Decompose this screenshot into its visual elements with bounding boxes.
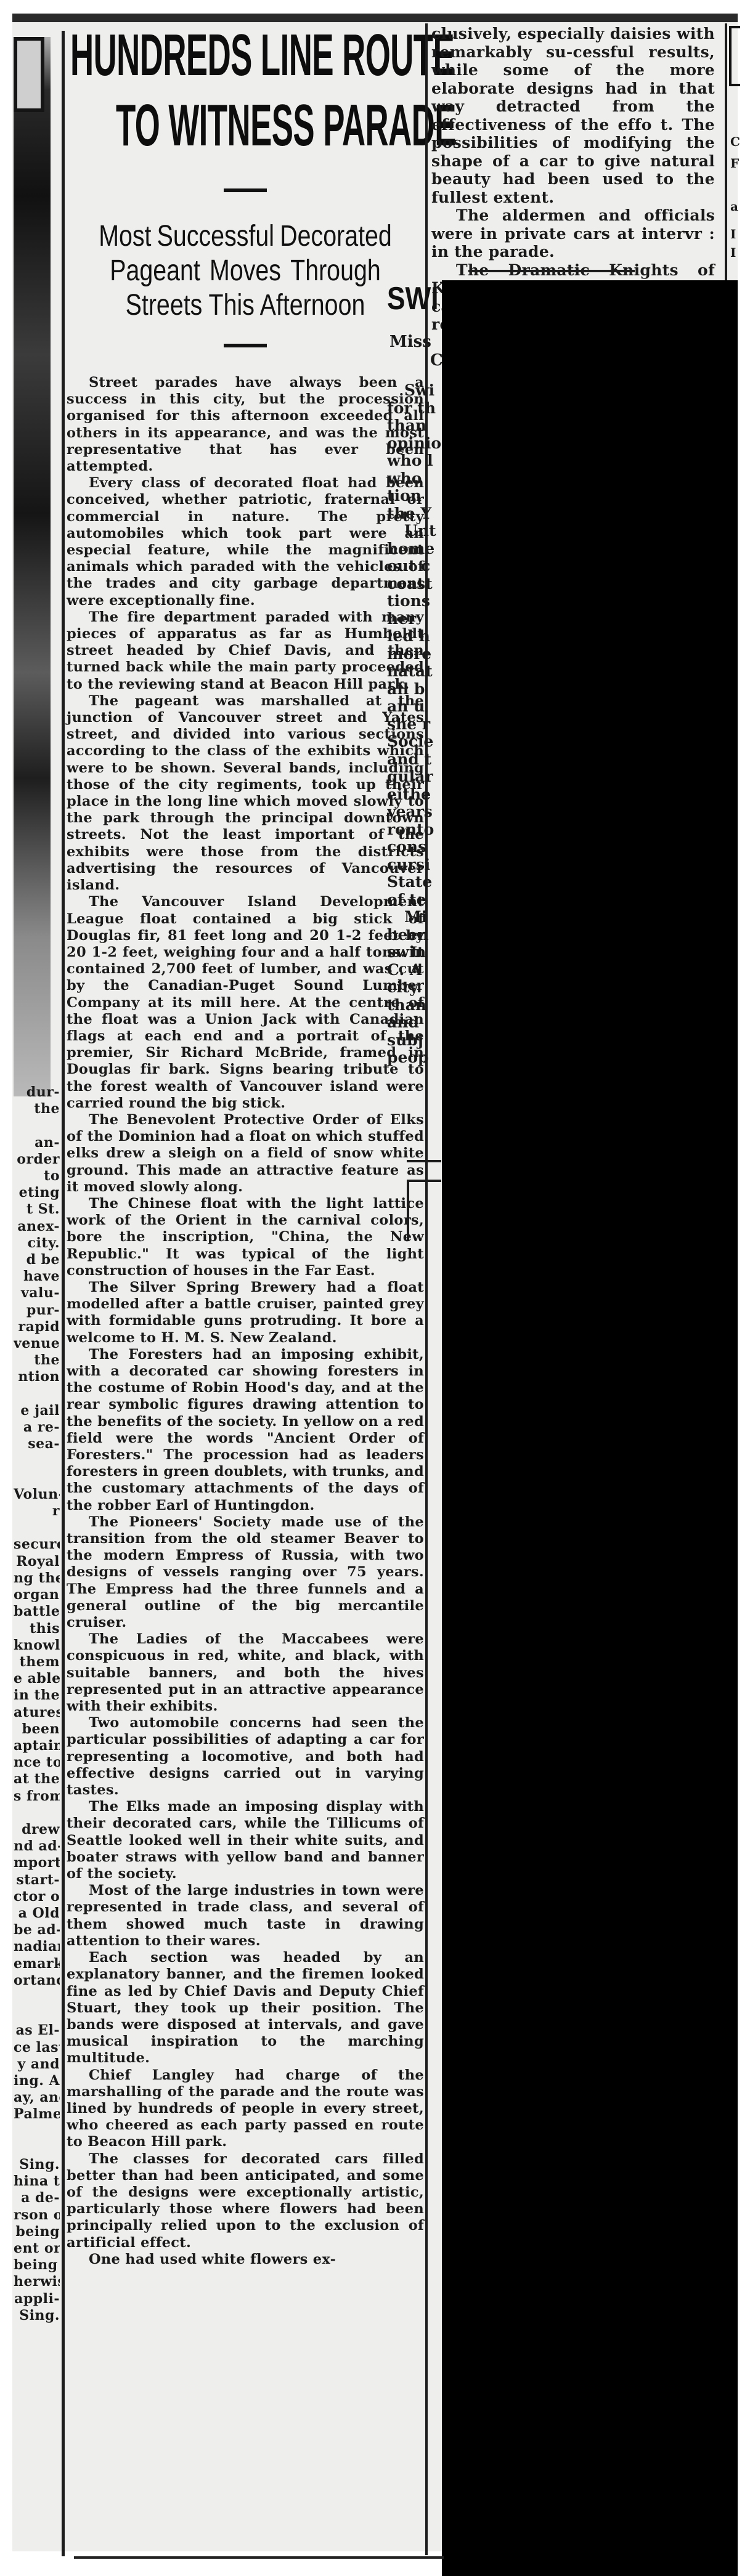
fragment-line: out c	[387, 557, 441, 575]
deck-divider	[224, 344, 267, 347]
fragment-line: nadian	[14, 1938, 60, 1955]
fragment-line: C. A	[387, 962, 441, 979]
fragment-line	[14, 2123, 60, 2140]
fragment-line: be ad-	[14, 1922, 60, 1938]
fragment-line: opinio	[387, 435, 441, 453]
fragment-line	[14, 1386, 60, 1403]
fragment-line: d be	[14, 1252, 60, 1268]
fragment-line	[14, 2140, 60, 2157]
fragment-line: nce to	[14, 1754, 60, 1771]
fragment-line: been	[387, 926, 441, 944]
deck-word: Through	[290, 254, 381, 288]
fragment-line: anex-	[14, 1218, 60, 1235]
fragment-line: ing. A	[14, 2073, 60, 2089]
fragment-line: appli-	[14, 2291, 60, 2307]
deck: Most Successful Decorated Pageant Moves …	[99, 219, 392, 323]
deck-word: Streets This Afternoon	[126, 288, 365, 323]
fragment-letter: C	[730, 134, 740, 149]
right-edge-fragments: CFaII	[729, 23, 738, 276]
deck-row-1: Most Successful Decorated	[99, 219, 392, 254]
fragment-line: a de-	[14, 2190, 60, 2206]
fragment-line: a re-	[14, 1419, 60, 1436]
fragment-letter: I	[730, 227, 736, 241]
subhead-fragment: Miss	[389, 333, 431, 351]
fragment-line: eting	[14, 1185, 60, 1201]
headline-divider	[224, 188, 267, 192]
fragment-line: atures	[14, 1704, 60, 1721]
photo-frame-top	[14, 37, 44, 112]
box-left-rule	[407, 1180, 409, 1241]
fragment-line: dur-	[14, 1084, 60, 1101]
fragment-line	[14, 1805, 60, 1821]
fragment-line: start-	[14, 1872, 60, 1889]
fragment-line: tions	[387, 593, 441, 610]
adjacent-body-fragments: Swifor ththanopiniowho lwhotionthe YUnth…	[387, 382, 441, 1067]
fragment-line: who l	[387, 452, 441, 470]
fragment-line: ortance	[14, 1972, 60, 1989]
fragment-line: natat	[387, 663, 441, 681]
paragraph: The Elks made an imposing display with t…	[67, 1799, 424, 1882]
adjacent-end-rule	[407, 1160, 441, 1162]
adjacent-headline: SWI	[387, 280, 438, 317]
paragraph: The Vancouver Island Development League …	[67, 894, 424, 1112]
headline-line-2: TO WITNESS PARADE	[116, 95, 285, 156]
fragment-line: swin	[387, 944, 441, 962]
paragraph: The Pioneers' Society made use of the tr…	[67, 1514, 424, 1631]
fragment-line: who	[387, 470, 441, 488]
fragment-line: in the	[14, 1687, 60, 1704]
fragment-line: Sing.	[14, 2307, 60, 2324]
fragment-line: being a	[14, 2257, 60, 2274]
deck-row-3: Streets This Afternoon	[99, 288, 392, 323]
fragment-line: s from	[14, 1788, 60, 1805]
fragment-line: e jail	[14, 1403, 60, 1419]
fragment-letter: a	[730, 199, 738, 214]
fragment-line	[14, 1989, 60, 2006]
fragment-line: Volun-	[14, 1486, 60, 1503]
fragment-line: ce last	[14, 2039, 60, 2056]
fragment-line: than	[387, 417, 441, 435]
paragraph: Street parades have always been a succes…	[67, 375, 424, 475]
fragment-line	[14, 2006, 60, 2022]
fragment-line: Mi	[387, 909, 441, 926]
fragment-line: mport-	[14, 1855, 60, 1871]
fragment-line: ctor of	[14, 1889, 60, 1905]
fragment-line: sea-	[14, 1436, 60, 1452]
fragment-line: ronto	[387, 821, 441, 839]
fragment-line: subj	[387, 1032, 441, 1050]
fragment-line: peop	[387, 1049, 441, 1067]
paragraph: The Chinese float with the light lattice…	[67, 1196, 424, 1279]
fragment-line: order	[14, 1151, 60, 1168]
fragment-line: a Old	[14, 1905, 60, 1922]
paragraph: clusively, especially daisies with remar…	[431, 25, 715, 206]
fragment-line: city.	[14, 1235, 60, 1252]
fragment-line	[14, 1117, 60, 1134]
fragment-line: organ-	[14, 1587, 60, 1603]
paragraph: The Benevolent Protective Order of Elks …	[67, 1112, 424, 1196]
top-border-rule	[12, 14, 738, 22]
fragment-line: e able	[14, 1671, 60, 1687]
fragment-line: Royal	[14, 1553, 60, 1570]
fragment-line	[14, 1470, 60, 1486]
fragment-line: ng the	[14, 1570, 60, 1587]
fragment-line: battle-	[14, 1603, 60, 1620]
fragment-line: led h	[387, 628, 441, 646]
fragment-line: the	[14, 1352, 60, 1369]
fragment-line	[14, 1452, 60, 1469]
headline-line-1: HUNDREDS LINE ROUTE	[70, 25, 265, 86]
fragment-line: as El-	[14, 2022, 60, 2039]
fragment-line: the	[14, 1101, 60, 1117]
fragment-line: rson of	[14, 2207, 60, 2224]
right-edge-box	[729, 26, 740, 86]
subhead-fragment: C	[430, 351, 443, 370]
fragment-line: for th	[387, 400, 441, 418]
fragment-line: secure	[14, 1536, 60, 1553]
paragraph: The Foresters had an imposing exhibit, w…	[67, 1347, 424, 1514]
fragment-line: an u	[387, 698, 441, 716]
adjacent-subhead: Miss C	[389, 333, 443, 370]
paragraph: The Silver Spring Brewery had a float mo…	[67, 1279, 424, 1347]
column-rule-left	[62, 31, 65, 2556]
fragment-line: the Y	[387, 505, 441, 523]
deck-word: Successful	[157, 219, 274, 254]
fragment-line: rapid	[14, 1319, 60, 1335]
fragment-line: Swi	[387, 382, 441, 400]
fragment-line: emarks	[14, 1956, 60, 1972]
fragment-line: Palmer	[14, 2106, 60, 2123]
fragment-line: an-	[14, 1135, 60, 1151]
paragraph: Chief Langley had charge of the marshall…	[67, 2067, 424, 2151]
fragment-line: more	[387, 646, 441, 663]
fragment-line: y and	[14, 2056, 60, 2073]
bottom-border-rule	[74, 2556, 444, 2559]
fragment-line: them	[14, 1654, 60, 1671]
deck-word: Pageant	[110, 254, 200, 288]
fragment-line: all b	[387, 681, 441, 699]
paragraph: The classes for decorated cars filled be…	[67, 2151, 424, 2251]
column-rule-right	[725, 23, 727, 282]
fragment-line: knowl-	[14, 1637, 60, 1654]
fragment-line: aptain	[14, 1738, 60, 1754]
fragment-line: t St.	[14, 1201, 60, 1218]
fragment-line: Unt	[387, 522, 441, 540]
fragment-letter: I	[730, 245, 736, 260]
fragment-line: venue	[14, 1335, 60, 1352]
paragraph: The pageant was marshalled at the juncti…	[67, 693, 424, 894]
paragraph: Most of the large industries in town wer…	[67, 1882, 424, 1950]
fragment-line: and t	[387, 751, 441, 769]
fragment-line: her	[387, 610, 441, 628]
fragment-line: she r	[387, 716, 441, 734]
fragment-line: ent or	[14, 2240, 60, 2257]
fragment-line: of te	[387, 891, 441, 909]
photo-strip	[14, 37, 51, 1096]
fragment-line: nd ad-	[14, 1838, 60, 1855]
paragraph: The aldermen and officials were in priva…	[431, 206, 715, 261]
fragment-line: hina to	[14, 2173, 60, 2190]
box-top-rule	[407, 1180, 441, 1182]
paragraph: The Ladies of the Maccabees were conspic…	[67, 1631, 424, 1715]
fragment-line: cons	[387, 838, 441, 856]
fragment-line: home	[387, 540, 441, 558]
fragment-line: Sing.	[14, 2157, 60, 2173]
paragraph: The fire department paraded with many pi…	[67, 609, 424, 693]
article-end-rule	[468, 270, 635, 272]
fragment-line: Socie	[387, 733, 441, 751]
fragment-line: State	[387, 873, 441, 891]
fragment-line: being	[14, 2224, 60, 2240]
fragment-line: cursi	[387, 856, 441, 874]
fragment-letter: F	[730, 156, 739, 171]
fragment-line: this	[14, 1621, 60, 1637]
fragment-line: r	[14, 1503, 60, 1520]
deck-row-2: Pageant Moves Through	[99, 254, 392, 288]
main-article: HUNDREDS LINE ROUTE TO WITNESS PARADE Mo…	[67, 25, 424, 2268]
article-body: Street parades have always been a succes…	[67, 375, 424, 2268]
deck-word: Decorated	[280, 219, 392, 254]
fragment-line: eithe	[387, 786, 441, 804]
fragment-line: pur-	[14, 1302, 60, 1319]
fragment-line: at the	[14, 1771, 60, 1788]
fragment-line: have	[14, 1268, 60, 1285]
fragment-line: years	[387, 803, 441, 821]
fragment-line: and	[387, 1014, 441, 1032]
fragment-line: drew	[14, 1821, 60, 1838]
fragment-line: tion	[387, 487, 441, 505]
fragment-line: than	[387, 997, 441, 1015]
fragment-line: valu-	[14, 1285, 60, 1302]
fragment-line: coast	[387, 575, 441, 593]
deck-word: Most	[99, 219, 151, 254]
fragment-line: gular	[387, 768, 441, 786]
fragment-line: been	[14, 1721, 60, 1738]
fragment-line: ay, and	[14, 2089, 60, 2106]
paragraph: Every class of decorated float had been …	[67, 475, 424, 609]
fragment-line: herwise.	[14, 2274, 60, 2290]
paragraph: Each section was headed by an explanator…	[67, 1950, 424, 2067]
fragment-line	[14, 1520, 60, 1536]
deck-word: Moves	[210, 254, 281, 288]
fragment-line: ntion	[14, 1369, 60, 1385]
fragment-line: city.	[387, 979, 441, 997]
redaction-block	[442, 280, 738, 2576]
left-column-fragments: dur-the an-ordertoetingt St.anex-city.d …	[14, 1084, 60, 2324]
fragment-line: to	[14, 1168, 60, 1185]
paragraph: One had used white flowers ex-	[67, 2251, 424, 2268]
paragraph: Two automobile concerns had seen the par…	[67, 1715, 424, 1799]
